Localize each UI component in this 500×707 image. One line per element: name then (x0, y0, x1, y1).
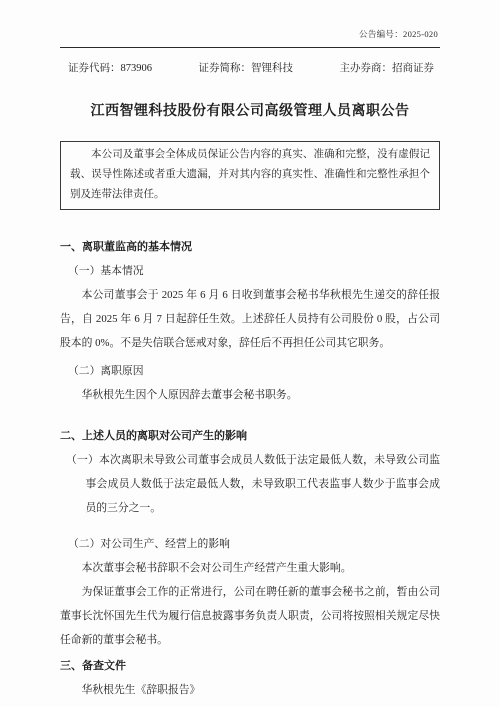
section-2-sub-2-heading: （二）对公司生产、经营上的影响 (68, 532, 440, 556)
stock-code: 证券代码：873906 (68, 60, 152, 75)
section-2-sub-1-paragraph: （一）本次离职未导致公司董事会成员人数低于法定最低人数，未导致公司监事会成员人数… (66, 448, 440, 520)
section-2-sub-2-paragraph-2: 为保证董事会工作的正常进行，公司在聘任新的董事会秘书之前，暂由公司董事长沈怀国先… (60, 580, 440, 652)
section-3-paragraph: 华秋根先生《辞职报告》 (60, 678, 440, 702)
announcement-number: 公告编号：2025-020 (60, 28, 440, 40)
section-1-sub-2-heading: （二）离职原因 (68, 359, 440, 383)
announcement-document: 公告编号：2025-020 证券代码：873906 证券简称：智锂科技 主办券商… (0, 0, 500, 707)
header-divider (60, 47, 440, 48)
section-1-sub-2-paragraph: 华秋根先生因个人原因辞去董事会秘书职务。 (60, 383, 440, 407)
section-2-sub-2-paragraph-1: 本次董事会秘书辞职不会对公司生产经营产生重大影响。 (60, 556, 440, 580)
stock-short-name: 证券简称：智锂科技 (199, 60, 294, 75)
section-1-heading: 一、离职董监高的基本情况 (60, 235, 440, 259)
disclaimer-box: 本公司及董事会全体成员保证公告内容的真实、准确和完整，没有虚假记载、误导性陈述或… (60, 141, 440, 210)
section-3-heading: 三、备查文件 (60, 654, 440, 678)
sponsor-broker: 主办券商：招商证券 (340, 60, 435, 75)
document-title: 江西智锂科技股份有限公司高级管理人员离职公告 (60, 100, 440, 120)
securities-header-row: 证券代码：873906 证券简称：智锂科技 主办券商：招商证券 (60, 60, 440, 75)
section-1-sub-1-heading: （一）基本情况 (68, 259, 440, 283)
section-2-heading: 二、上述人员的离职对公司产生的影响 (60, 424, 440, 448)
section-1-sub-1-paragraph: 本公司董事会于 2025 年 6 月 6 日收到董事会秘书华秋根先生递交的辞任报… (60, 283, 440, 355)
